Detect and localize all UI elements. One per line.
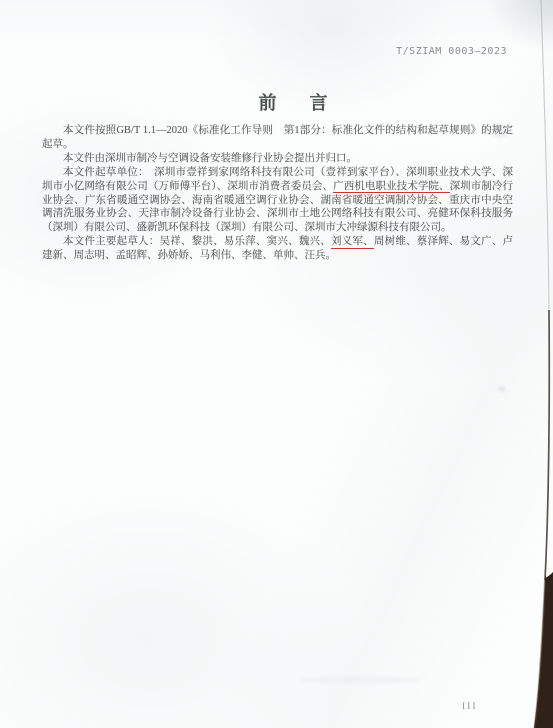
scan-smudge: [498, 386, 506, 392]
doc-number: T/SZIAM 0003—2023: [396, 46, 507, 57]
paragraph-drafting-organizations: 本文件起草单位： 深圳市壹祥到家网络科技有限公司（壹祥到家平台）、深圳职业技术大…: [42, 166, 513, 236]
drafter-list-before: 本文件主要起草人：吴祥、黎洪、易乐萍、窦兴、魏兴、: [63, 236, 331, 247]
scan-smudge: [300, 676, 420, 684]
foreword-body: 本文件按照GB/T 1.1—2020《标准化工作导则 第1部分：标准化文件的结构…: [42, 124, 513, 263]
scan-smudge: [492, 127, 508, 137]
paragraph-drafting-rules: 本文件按照GB/T 1.1—2020《标准化工作导则 第1部分：标准化文件的结构…: [42, 124, 513, 152]
paragraph-proposing-org: 本文件由深圳市制冷与空调设备安装维修行业协会提出并归口。: [42, 152, 513, 166]
scanned-document-page: T/SZIAM 0003—2023 前 言 本文件按照GB/T 1.1—2020…: [0, 0, 553, 728]
red-underlined-drafter: 刘义军、: [331, 236, 374, 249]
red-underlined-organization: 广西机电职业技术学院、: [333, 181, 449, 194]
scan-page-edge-shadow: [529, 0, 553, 728]
page-title: 前 言: [0, 89, 553, 115]
paragraph-drafters: 本文件主要起草人：吴祥、黎洪、易乐萍、窦兴、魏兴、刘义军、周树维、蔡泽辉、易文广…: [42, 235, 513, 263]
page-number: III: [462, 702, 478, 712]
